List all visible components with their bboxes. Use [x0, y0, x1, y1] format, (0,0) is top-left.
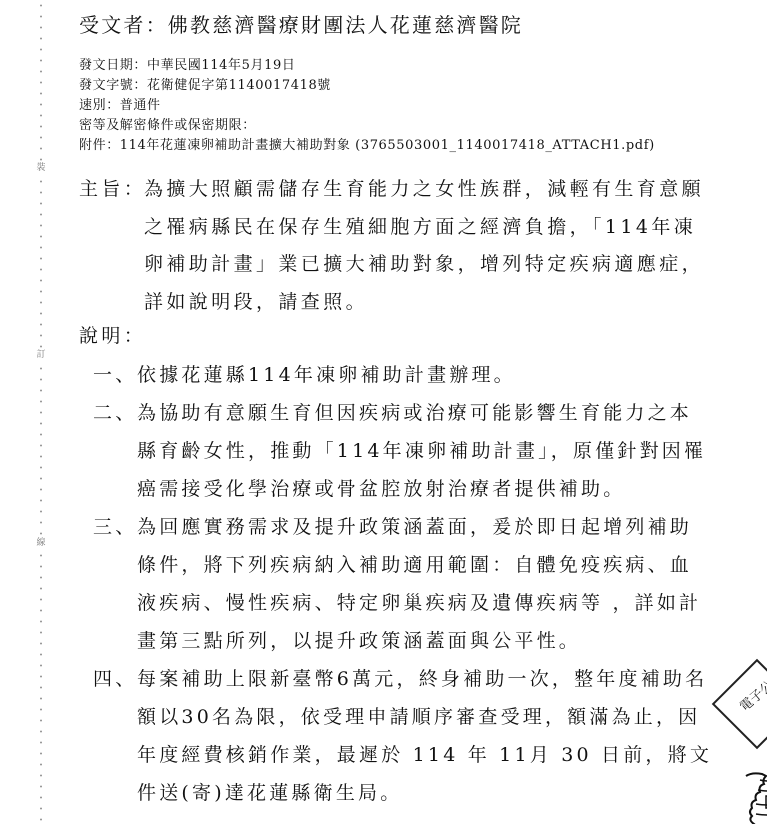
item-line: 依據花蓮縣114年凍卵補助計畫辦理。 [137, 356, 697, 394]
item-body: 為協助有意願生育但因疾病或治療可能影響生育能力之本 縣育齡女性，推動「114年凍… [137, 394, 697, 508]
document-number: 發文字號：花衛健促字第1140017418號 [79, 76, 655, 96]
item-body: 每案補助上限新臺幣6萬元，終身補助一次，整年度補助名 額以30名為限，依受理申請… [137, 660, 697, 812]
attachment-link[interactable]: 附件：114年花蓮凍卵補助計畫擴大補助對象 (3765503001_114001… [79, 136, 655, 156]
item-body: 為回應實務需求及提升政策涵蓋面，爰於即日起增列補助 條件，將下列疾病納入補助適用… [137, 508, 697, 660]
item-line: 條件，將下列疾病納入補助適用範圍：自體免疫疾病、血 [137, 546, 697, 584]
subject-line: 為擴大照顧需儲存生育能力之女性族群，減輕有生育意願 [144, 171, 684, 209]
item-number: 一、 [93, 356, 137, 394]
subject-line: 之罹病縣民在保存生殖細胞方面之經濟負擔，「114年凍 [144, 209, 684, 247]
item-line: 為協助有意願生育但因疾病或治療可能影響生育能力之本 [137, 394, 697, 432]
binding-dotted-line [40, 0, 42, 824]
item-line: 液疾病、慢性疾病、特定卵巢疾病及遺傳疾病等 ，詳如計 [137, 584, 697, 622]
subject-label: 主旨： [79, 171, 146, 209]
binding-mark-zhuang: 裝 [35, 162, 47, 174]
subject-line: 卵補助計畫」業已擴大補助對象，增列特定疾病適應症， [144, 246, 684, 284]
binding-mark-xian: 線 [35, 537, 47, 549]
subject-line: 詳如說明段，請查照。 [144, 284, 684, 322]
speed-class: 速別：普通件 [79, 96, 655, 116]
item-line: 癌需接受化學治療或骨盆腔放射治療者提供補助。 [137, 470, 697, 508]
item-number: 四、 [93, 660, 137, 698]
official-seal-icon [722, 770, 767, 824]
security-level: 密等及解密條件或保密期限： [79, 116, 655, 136]
item-line: 件送(寄)達花蓮縣衛生局。 [137, 774, 697, 812]
item-line: 年度經費核銷作業，最遲於 114 年 11月 30 日前，將文 [137, 736, 697, 774]
issue-date: 發文日期：中華民國114年5月19日 [79, 56, 655, 76]
recipient-heading: 受文者：佛教慈濟醫療財團法人花蓮慈濟醫院 [79, 12, 523, 38]
item-line: 額以30名為限，依受理申請順序審查受理，額滿為止，因 [137, 698, 697, 736]
binding-mark-ding: 訂 [35, 349, 47, 361]
item-body: 依據花蓮縣114年凍卵補助計畫辦理。 [137, 356, 697, 394]
item-line: 為回應實務需求及提升政策涵蓋面，爰於即日起增列補助 [137, 508, 697, 546]
item-line: 每案補助上限新臺幣6萬元，終身補助一次，整年度補助名 [137, 660, 697, 698]
item-line: 畫第三點所列，以提升政策涵蓋面與公平性。 [137, 622, 697, 660]
item-number: 二、 [93, 394, 137, 432]
document-meta: 發文日期：中華民國114年5月19日 發文字號：花衛健促字第1140017418… [79, 56, 655, 156]
item-number: 三、 [93, 508, 137, 546]
item-line: 縣育齡女性，推動「114年凍卵補助計畫」，原僅針對因罹 [137, 432, 697, 470]
subject-body: 為擴大照顧需儲存生育能力之女性族群，減輕有生育意願 之罹病縣民在保存生殖細胞方面… [144, 171, 684, 321]
description-label: 說明： [79, 322, 146, 350]
